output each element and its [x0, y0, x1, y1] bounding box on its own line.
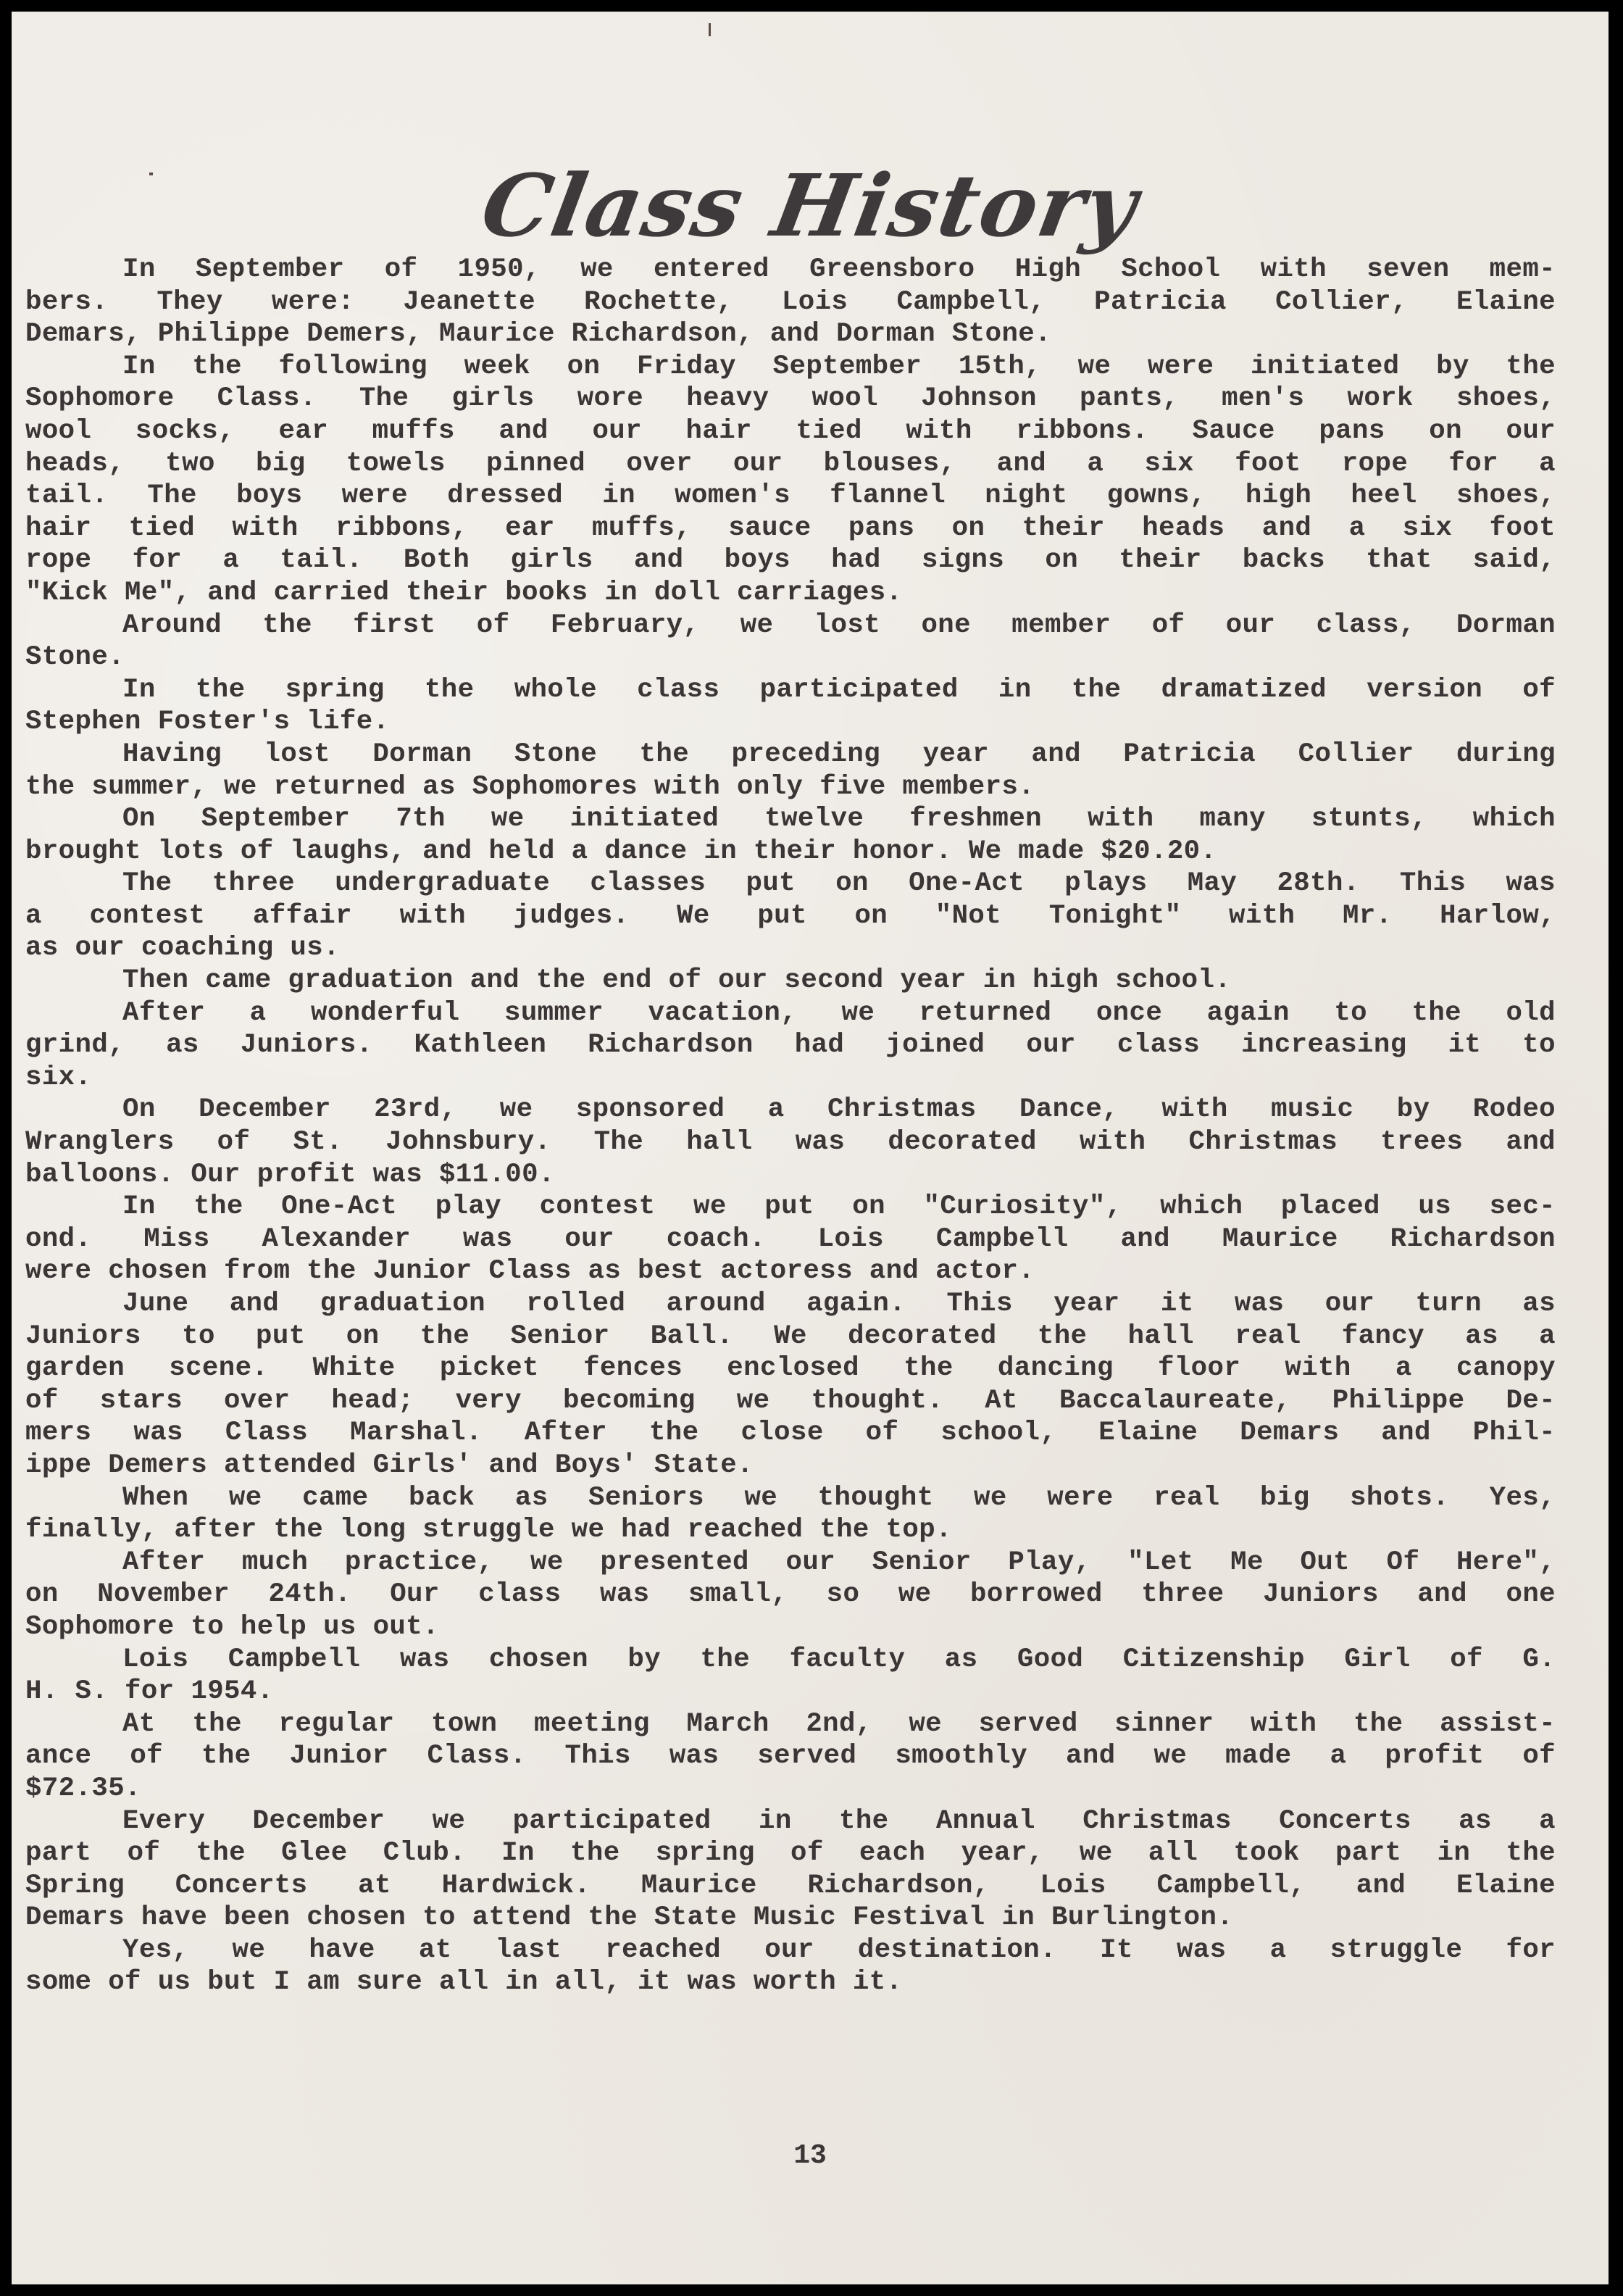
- paragraph-first-line: After a wonderful summer vacation, we re…: [25, 997, 1556, 1030]
- paragraph-line: mers was Class Marshal. After the close …: [25, 1417, 1556, 1449]
- paragraph-first-line: In the One-Act play contest we put on "C…: [25, 1191, 1556, 1223]
- paragraph-first-line: At the regular town meeting March 2nd, w…: [25, 1708, 1556, 1741]
- paragraph-line: on November 24th. Our class was small, s…: [25, 1578, 1556, 1611]
- paragraph-line: some of us but I am sure all in all, it …: [25, 1966, 1556, 1999]
- paragraph-first-line: When we came back as Seniors we thought …: [25, 1482, 1556, 1515]
- paragraph-line: Spring Concerts at Hardwick. Maurice Ric…: [25, 1870, 1556, 1902]
- paragraph-line: heads, two big towels pinned over our bl…: [25, 448, 1556, 481]
- paragraph-line: brought lots of laughs, and held a dance…: [25, 836, 1556, 868]
- paragraph-first-line: In September of 1950, we entered Greensb…: [25, 254, 1556, 286]
- paragraph-first-line: June and graduation rolled around again.…: [25, 1288, 1556, 1320]
- paragraph-line: were chosen from the Junior Class as bes…: [25, 1255, 1556, 1288]
- paragraph-first-line: In the spring the whole class participat…: [25, 674, 1556, 707]
- paragraph-first-line: The three undergraduate classes put on O…: [25, 868, 1556, 900]
- paragraph-line: Juniors to put on the Senior Ball. We de…: [25, 1320, 1556, 1353]
- paragraph-line: Demars have been chosen to attend the St…: [25, 1902, 1556, 1934]
- paragraph-line: Sophomore Class. The girls wore heavy wo…: [25, 383, 1556, 415]
- paragraph-line: wool socks, ear muffs and our hair tied …: [25, 415, 1556, 448]
- paragraph-first-line: After much practice, we presented our Se…: [25, 1547, 1556, 1579]
- paragraph-line: part of the Glee Club. In the spring of …: [25, 1837, 1556, 1870]
- paragraph-line: rope for a tail. Both girls and boys had…: [25, 544, 1556, 577]
- paragraph-first-line: On December 23rd, we sponsored a Christm…: [25, 1094, 1556, 1126]
- paragraph-line: bers. They were: Jeanette Rochette, Lois…: [25, 286, 1556, 319]
- paragraph-first-line: Around the first of February, we lost on…: [25, 610, 1556, 642]
- paragraph-line: balloons. Our profit was $11.00.: [25, 1159, 1556, 1191]
- paragraph-line: tail. The boys were dressed in women's f…: [25, 480, 1556, 512]
- paragraph-line: Sophomore to help us out.: [25, 1611, 1556, 1644]
- paragraph-line: ance of the Junior Class. This was serve…: [25, 1740, 1556, 1773]
- paragraph-line: the summer, we returned as Sophomores wi…: [25, 771, 1556, 804]
- paragraph-first-line: In the following week on Friday Septembe…: [25, 351, 1556, 383]
- paragraph-line: Stephen Foster's life.: [25, 706, 1556, 739]
- page-title: Class History: [4, 163, 1616, 249]
- paragraph-line: a contest affair with judges. We put on …: [25, 900, 1556, 933]
- paragraph-line: Stone.: [25, 641, 1556, 674]
- class-history-body: In September of 1950, we entered Greensb…: [25, 254, 1556, 1999]
- paragraph-line: six.: [25, 1062, 1556, 1094]
- paragraph-first-line: On September 7th we initiated twelve fre…: [25, 803, 1556, 836]
- paragraph-line: finally, after the long struggle we had …: [25, 1514, 1556, 1547]
- page-number: 13: [12, 2140, 1609, 2171]
- paragraph-first-line: Every December we participated in the An…: [25, 1805, 1556, 1838]
- paragraph-line: as our coaching us.: [25, 932, 1556, 965]
- document-page: Class History In September of 1950, we e…: [12, 12, 1609, 2284]
- paragraph-first-line: Then came graduation and the end of our …: [25, 965, 1556, 997]
- paragraph-line: "Kick Me", and carried their books in do…: [25, 577, 1556, 610]
- paragraph-line: garden scene. White picket fences enclos…: [25, 1352, 1556, 1385]
- paragraph-line: ond. Miss Alexander was our coach. Lois …: [25, 1223, 1556, 1256]
- paragraph-first-line: Lois Campbell was chosen by the faculty …: [25, 1644, 1556, 1676]
- paragraph-line: grind, as Juniors. Kathleen Richardson h…: [25, 1029, 1556, 1062]
- paragraph-first-line: Yes, we have at last reached our destina…: [25, 1934, 1556, 1967]
- paragraph-line: of stars over head; very becoming we tho…: [25, 1385, 1556, 1418]
- paragraph-line: $72.35.: [25, 1773, 1556, 1805]
- paragraph-line: Wranglers of St. Johnsbury. The hall was…: [25, 1126, 1556, 1159]
- paragraph-line: ippe Demers attended Girls' and Boys' St…: [25, 1449, 1556, 1482]
- paragraph-line: H. S. for 1954.: [25, 1676, 1556, 1708]
- paragraph-line: hair tied with ribbons, ear muffs, sauce…: [25, 512, 1556, 545]
- paragraph-line: Demars, Philippe Demers, Maurice Richard…: [25, 318, 1556, 351]
- paper-speck: [709, 23, 711, 36]
- paragraph-first-line: Having lost Dorman Stone the preceding y…: [25, 739, 1556, 771]
